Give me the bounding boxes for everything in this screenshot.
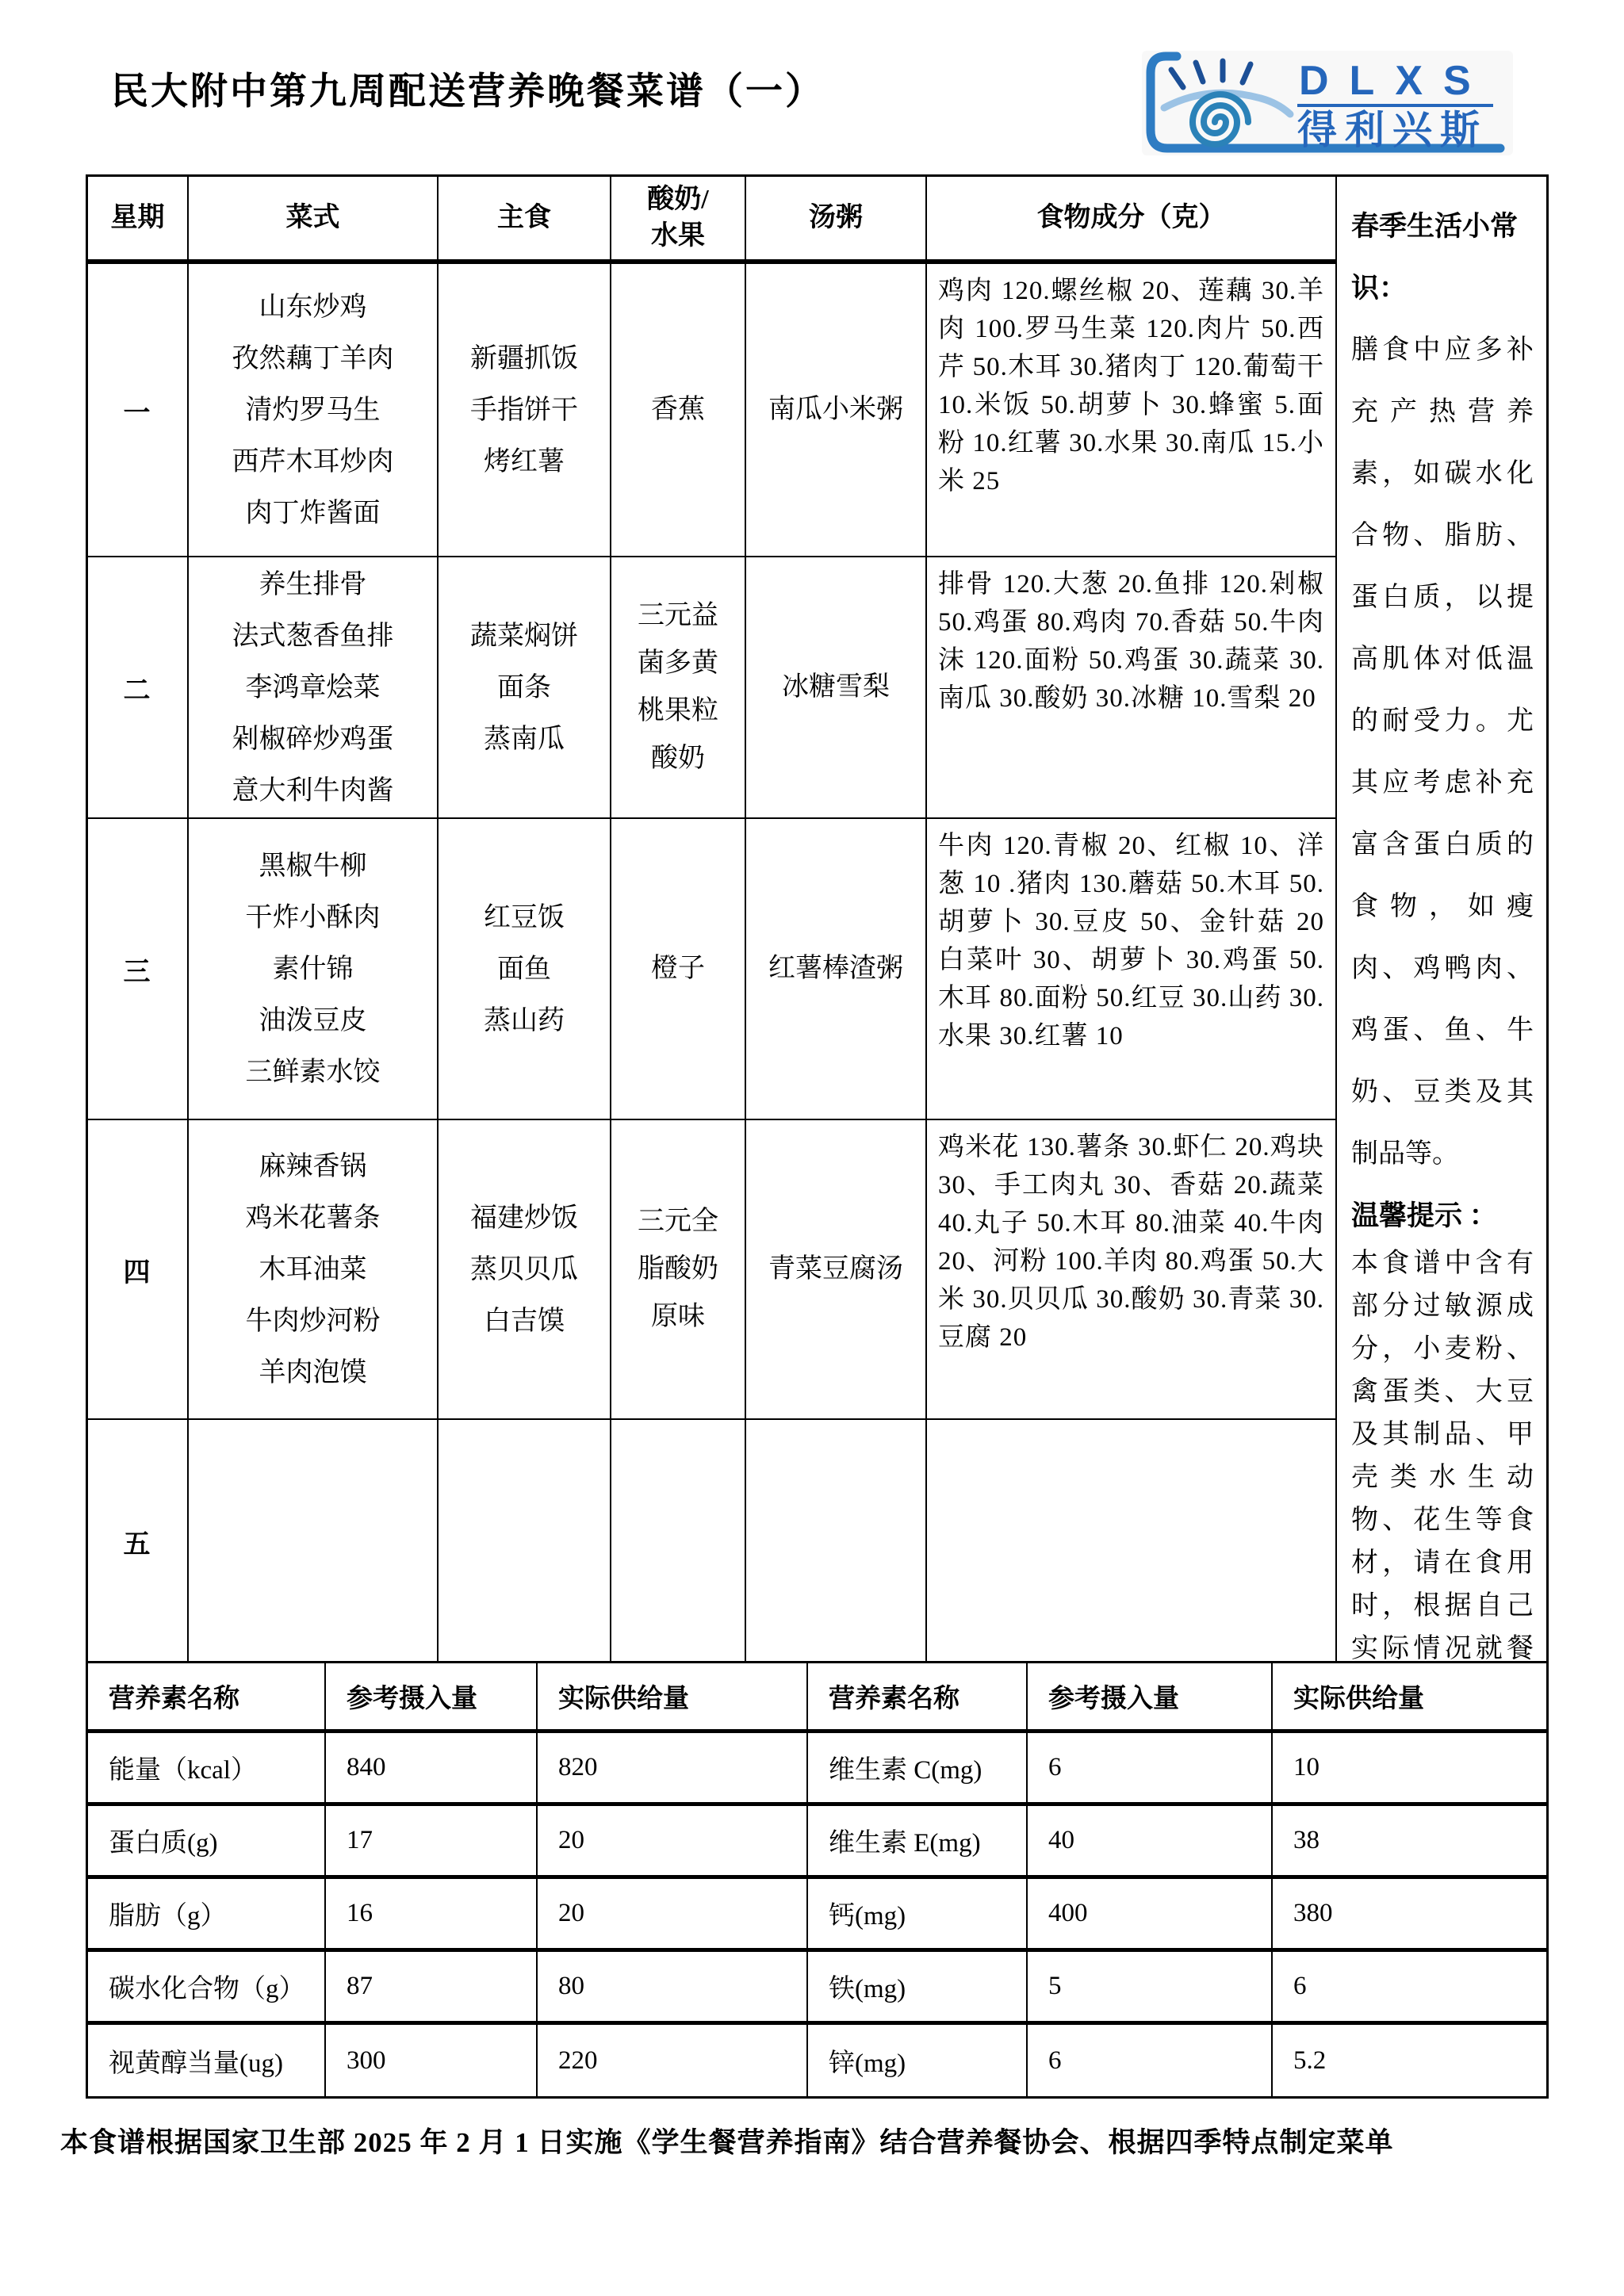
- nutrition-cell: 20: [538, 1879, 808, 1952]
- menu-cell-day: 四: [88, 1120, 189, 1420]
- menu-cell-dishes: [189, 1420, 439, 1663]
- menu-cell-day: 五: [88, 1420, 189, 1663]
- tips-title: 春季生活小常识：: [1351, 196, 1534, 320]
- menu-cell-yogurt-fruit: 香蕉: [611, 264, 746, 557]
- menu-header-weekday: 星期: [88, 177, 189, 264]
- eye-spiral-icon: [1159, 54, 1294, 154]
- nutrition-cell: 80: [538, 1952, 808, 2025]
- nutrition-cell: 脂肪（g）: [88, 1879, 326, 1952]
- menu-cell-yogurt-fruit: 三元全脂酸奶原味: [611, 1120, 746, 1420]
- menu-cell-staple: 红豆饭 面鱼 蒸山药: [439, 819, 611, 1120]
- menu-cell-soup: 南瓜小米粥: [746, 264, 927, 557]
- seasonal-tips-panel: 春季生活小常识： 膳食中应多补充产热营养素，如碳水化合物、脂肪、蛋白质，以提高肌…: [1337, 177, 1546, 1663]
- menu-header-yogurt-fruit: 酸奶/ 水果: [611, 177, 746, 264]
- nutrition-cell: 17: [326, 1806, 538, 1879]
- nutrition-cell: 6: [1028, 2025, 1273, 2096]
- menu-cell-staple: 福建炒饭 蒸贝贝瓜 白吉馍: [439, 1120, 611, 1420]
- menu-cell-soup: [746, 1420, 927, 1663]
- nutrition-header: 实际供给量: [538, 1663, 808, 1733]
- menu-header-ingredients: 食物成分（克）: [927, 177, 1337, 264]
- menu-cell-day: 三: [88, 819, 189, 1120]
- nutrition-cell: 40: [1028, 1806, 1273, 1879]
- nutrition-cell: 铁(mg): [808, 1952, 1028, 2025]
- logo-text-block: DLXS 得利兴斯: [1297, 59, 1496, 153]
- nutrition-cell: 820: [538, 1733, 808, 1806]
- menu-cell-day: 二: [88, 557, 189, 819]
- page-title: 民大附中第九周配送营养晚餐菜谱（一）: [111, 68, 825, 116]
- menu-cell-ingredients: 排骨 120.大葱 20.鱼排 120.剁椒 50.鸡蛋 80.鸡肉 70.香菇…: [927, 557, 1337, 819]
- nutrition-table: 营养素名称 参考摄入量 实际供给量 营养素名称 参考摄入量 实际供给量 能量（k…: [86, 1661, 1549, 2099]
- nutrition-cell: 锌(mg): [808, 2025, 1028, 2096]
- nutrition-cell: 6: [1273, 1952, 1546, 2025]
- nutrition-cell: 蛋白质(g): [88, 1806, 326, 1879]
- nutrition-cell: 维生素 E(mg): [808, 1806, 1028, 1879]
- nutrition-cell: 38: [1273, 1806, 1546, 1879]
- nutrition-header: 营养素名称: [808, 1663, 1028, 1733]
- menu-header-soup: 汤粥: [746, 177, 927, 264]
- nutrition-header: 参考摄入量: [326, 1663, 538, 1733]
- company-logo: DLXS 得利兴斯: [1142, 51, 1513, 155]
- menu-cell-staple: 蔬菜焖饼 面条 蒸南瓜: [439, 557, 611, 819]
- menu-cell-dishes: 黑椒牛柳 干炸小酥肉 素什锦 油泼豆皮 三鲜素水饺: [189, 819, 439, 1120]
- menu-cell-dishes: 山东炒鸡 孜然藕丁羊肉 清灼罗马生 西芹木耳炒肉 肉丁炸酱面: [189, 264, 439, 557]
- allergy-notice-body: 本食谱中含有部分过敏源成分，小麦粉、禽蛋类、大豆及其制品、甲壳类水生动物、花生等…: [1351, 1242, 1534, 1663]
- nutrition-cell: 5.2: [1273, 2025, 1546, 2096]
- nutrition-cell: 维生素 C(mg): [808, 1733, 1028, 1806]
- nutrition-cell: 380: [1273, 1879, 1546, 1952]
- nutrition-header: 参考摄入量: [1028, 1663, 1273, 1733]
- nutrition-cell: 6: [1028, 1733, 1273, 1806]
- allergy-notice-title: 温馨提示 ：: [1351, 1190, 1534, 1242]
- weekly-menu-table: 星期 菜式 主食 酸奶/ 水果 汤粥 食物成分（克） 春季生活小常识： 膳食中应…: [86, 174, 1549, 1665]
- logo-abbreviation: DLXS: [1297, 59, 1493, 107]
- menu-cell-staple: 新疆抓饭 手指饼干 烤红薯: [439, 264, 611, 557]
- menu-header-staple: 主食: [439, 177, 611, 264]
- menu-header-dishes: 菜式: [189, 177, 439, 264]
- nutrition-cell: 碳水化合物（g）: [88, 1952, 326, 2025]
- menu-cell-dishes: 养生排骨 法式葱香鱼排 李鸿章烩菜 剁椒碎炒鸡蛋 意大利牛肉酱: [189, 557, 439, 819]
- menu-cell-soup: 青菜豆腐汤: [746, 1120, 927, 1420]
- nutrition-cell: 220: [538, 2025, 808, 2096]
- nutrition-cell: 5: [1028, 1952, 1273, 2025]
- menu-cell-yogurt-fruit: 橙子: [611, 819, 746, 1120]
- menu-cell-ingredients: [927, 1420, 1337, 1663]
- menu-cell-dishes: 麻辣香锅 鸡米花薯条 木耳油菜 牛肉炒河粉 羊肉泡馍: [189, 1120, 439, 1420]
- nutrition-cell: 300: [326, 2025, 538, 2096]
- menu-cell-day: 一: [88, 264, 189, 557]
- nutrition-cell: 钙(mg): [808, 1879, 1028, 1952]
- menu-cell-yogurt-fruit: [611, 1420, 746, 1663]
- nutrition-cell: 16: [326, 1879, 538, 1952]
- nutrition-cell: 87: [326, 1952, 538, 2025]
- nutrition-cell: 能量（kcal）: [88, 1733, 326, 1806]
- logo-company-name: 得利兴斯: [1297, 107, 1488, 153]
- tips-body: 膳食中应多补充产热营养素，如碳水化合物、脂肪、蛋白质，以提高肌体对低温的耐受力。…: [1351, 320, 1534, 1185]
- menu-cell-soup: 冰糖雪梨: [746, 557, 927, 819]
- menu-cell-yogurt-fruit: 三元益菌多黄桃果粒酸奶: [611, 557, 746, 819]
- menu-cell-soup: 红薯棒渣粥: [746, 819, 927, 1120]
- nutrition-cell: 840: [326, 1733, 538, 1806]
- nutrition-cell: 400: [1028, 1879, 1273, 1952]
- nutrition-header: 实际供给量: [1273, 1663, 1546, 1733]
- nutrition-cell: 20: [538, 1806, 808, 1879]
- footer-note: 本食谱根据国家卫生部 2025 年 2 月 1 日实施《学生餐营养指南》结合营养…: [60, 2125, 1394, 2161]
- nutrition-cell: 10: [1273, 1733, 1546, 1806]
- page: 民大附中第九周配送营养晚餐菜谱（一） DLXS 得利兴斯 星期 菜式 主食 酸奶…: [0, 0, 1624, 2296]
- nutrition-header: 营养素名称: [88, 1663, 326, 1733]
- nutrition-cell: 视黄醇当量(ug): [88, 2025, 326, 2096]
- menu-cell-staple: [439, 1420, 611, 1663]
- menu-cell-ingredients: 鸡肉 120.螺丝椒 20、莲藕 30.羊肉 100.罗马生菜 120.肉片 5…: [927, 264, 1337, 557]
- menu-cell-ingredients: 鸡米花 130.薯条 30.虾仁 20.鸡块 30、手工肉丸 30、香菇 20.…: [927, 1120, 1337, 1420]
- menu-cell-ingredients: 牛肉 120.青椒 20、红椒 10、洋葱 10 .猪肉 130.蘑菇 50.木…: [927, 819, 1337, 1120]
